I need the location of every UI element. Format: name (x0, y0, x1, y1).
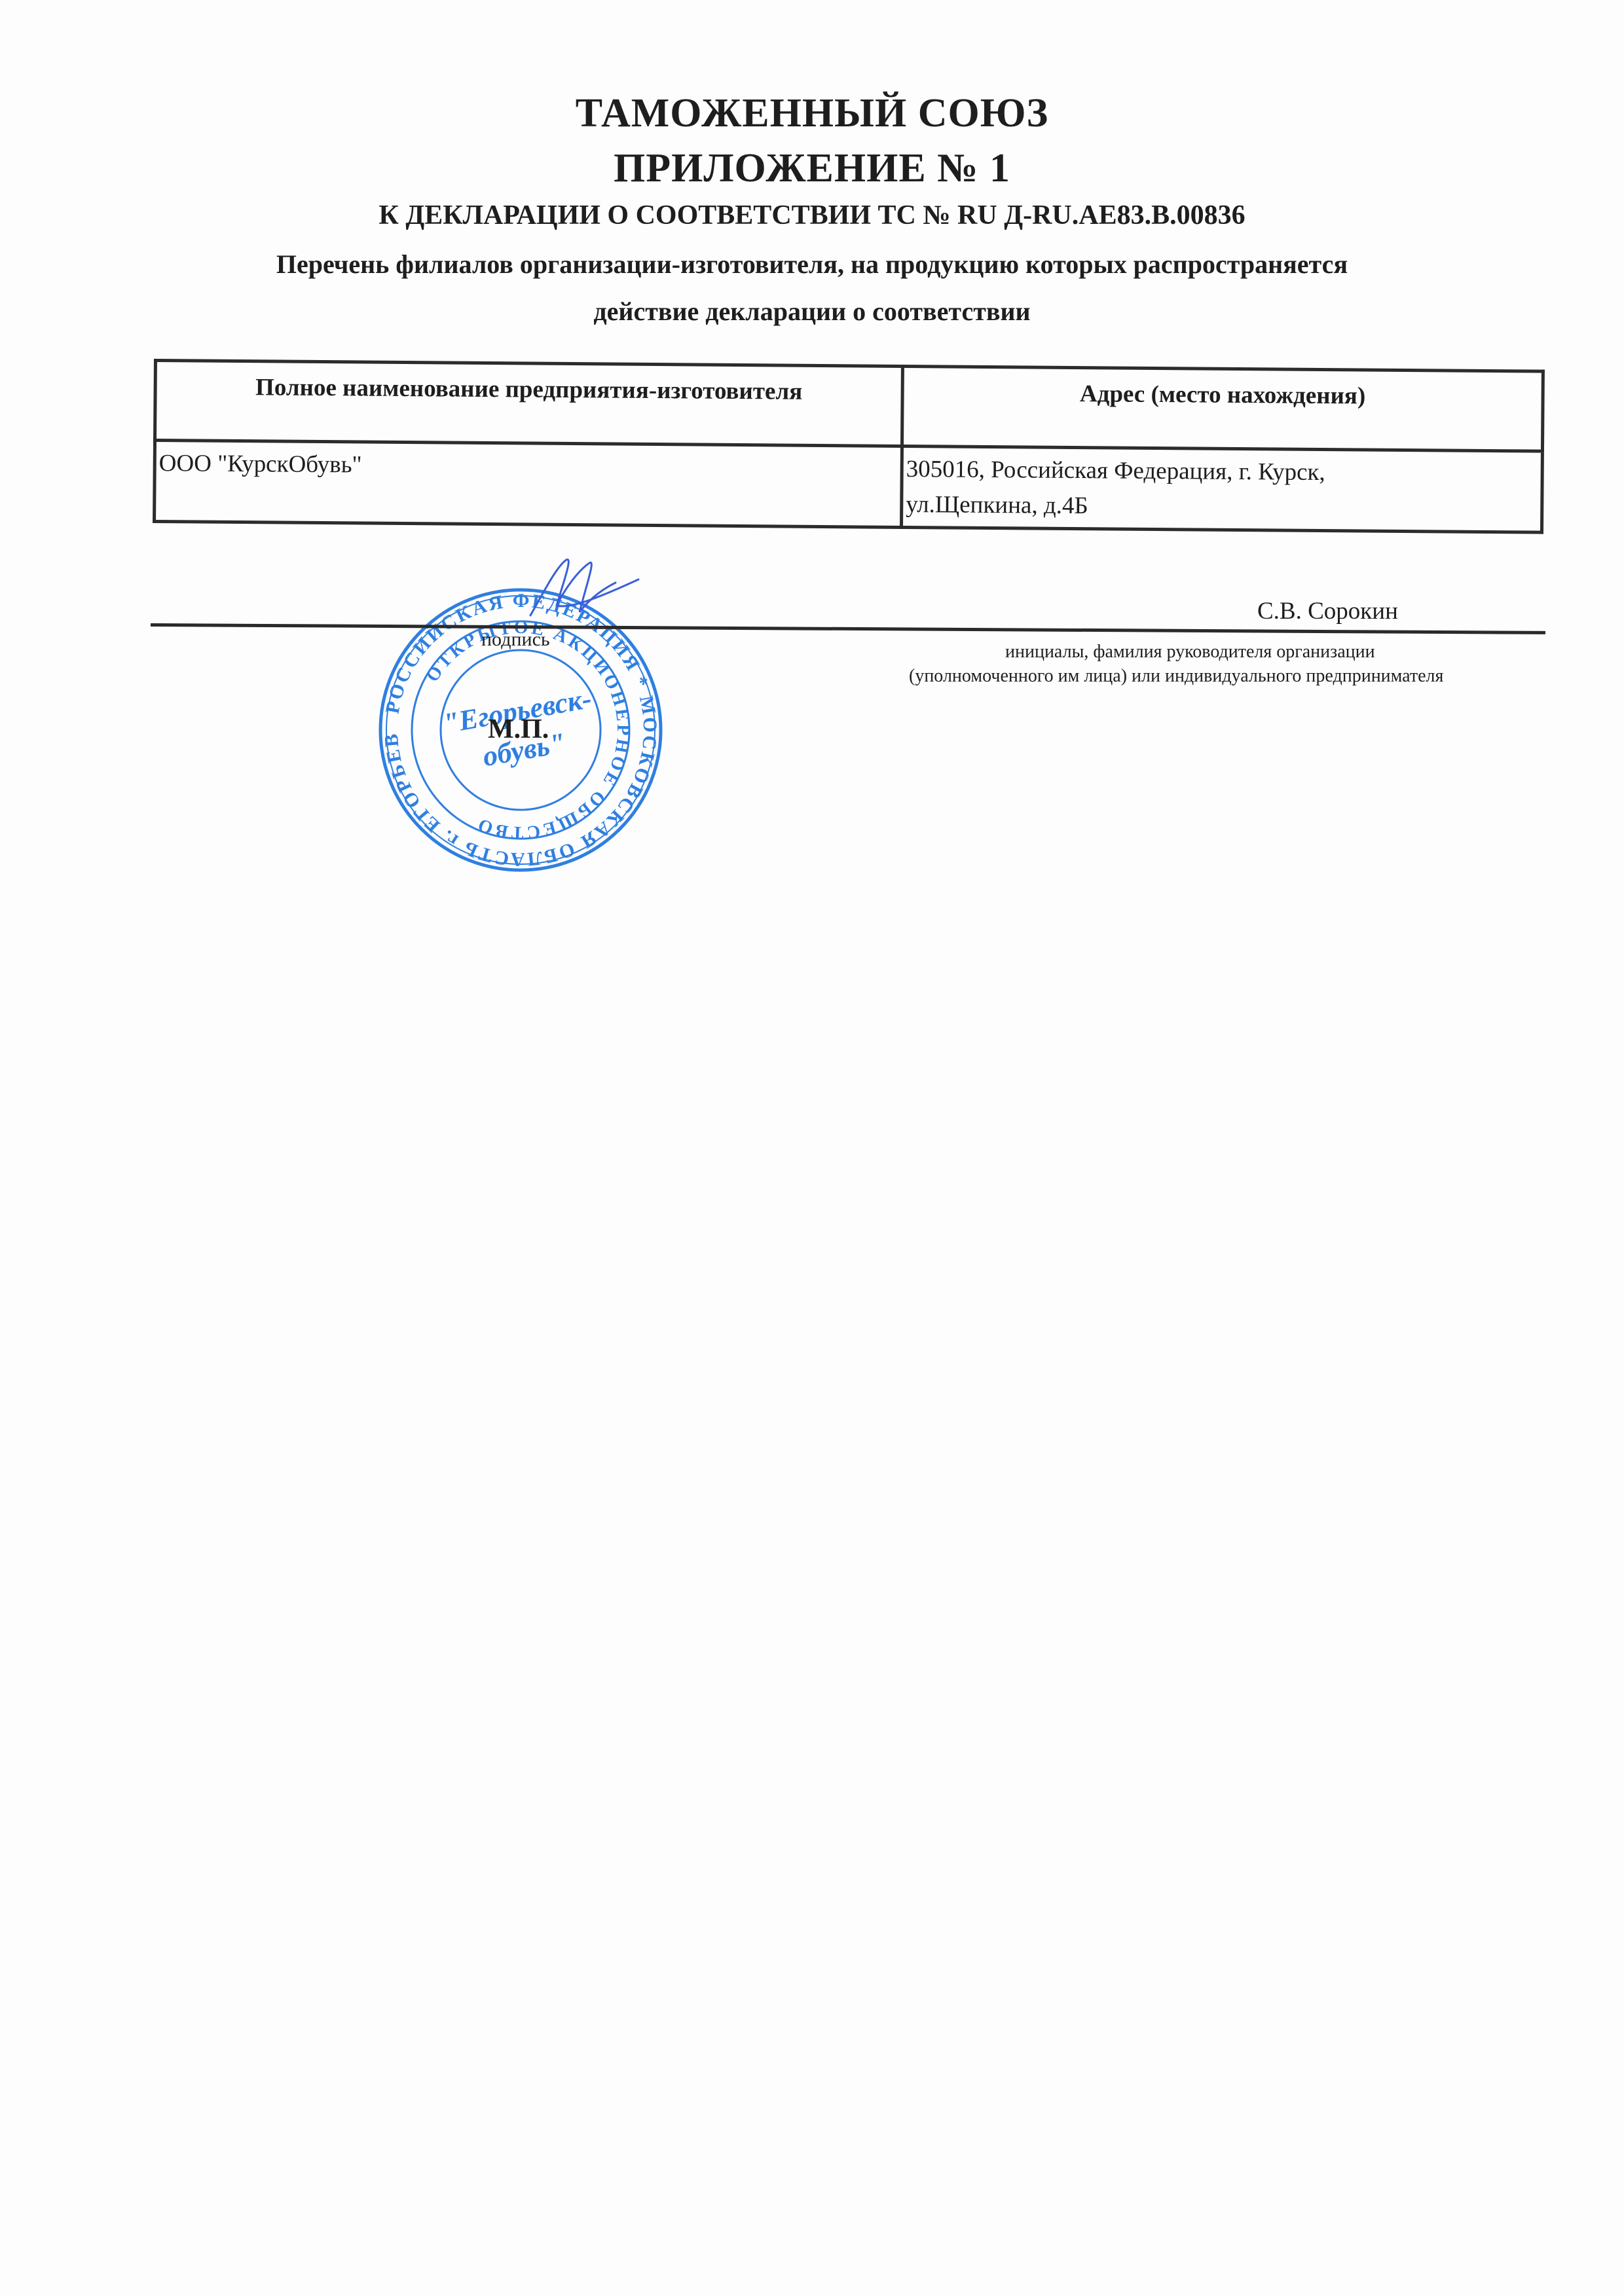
column-header-address: Адрес (место нахождения) (902, 366, 1543, 451)
signer-caption-line1: инициалы, фамилия руководителя организац… (1005, 642, 1375, 663)
appendix-title: ПРИЛОЖЕНИЕ № 1 (0, 145, 1624, 192)
list-subtitle-line1: Перечень филиалов организации-изготовите… (0, 249, 1624, 280)
table-header-row: Полное наименование предприятия-изготови… (155, 361, 1543, 452)
seal-place-label: М.П. (488, 714, 549, 745)
branches-table: Полное наименование предприятия-изготови… (153, 359, 1545, 534)
signature-label: подпись (481, 629, 550, 651)
table-row: ООО "КурскОбувь" 305016, Российская Феде… (155, 441, 1543, 533)
handwritten-signature (517, 553, 642, 625)
list-subtitle-line2: действие декларации о соответствии (0, 296, 1624, 327)
address-line2: ул.Щепкина, д.4Б (906, 491, 1088, 519)
address-line1: 305016, Российская Федерация, г. Курск, (906, 456, 1325, 486)
signer-name: С.В. Сорокин (1257, 597, 1398, 625)
cell-company-name: ООО "КурскОбувь" (155, 441, 902, 528)
column-header-name: Полное наименование предприятия-изготови… (155, 361, 903, 446)
union-title: ТАМОЖЕННЫЙ СОЮЗ (0, 90, 1624, 137)
cell-address: 305016, Российская Федерация, г. Курск, … (902, 446, 1543, 532)
declaration-number: К ДЕКЛАРАЦИИ О СООТВЕТСТВИИ ТС № RU Д-RU… (0, 200, 1624, 231)
signer-caption-line2: (уполномоченного им лица) или индивидуал… (909, 666, 1443, 687)
